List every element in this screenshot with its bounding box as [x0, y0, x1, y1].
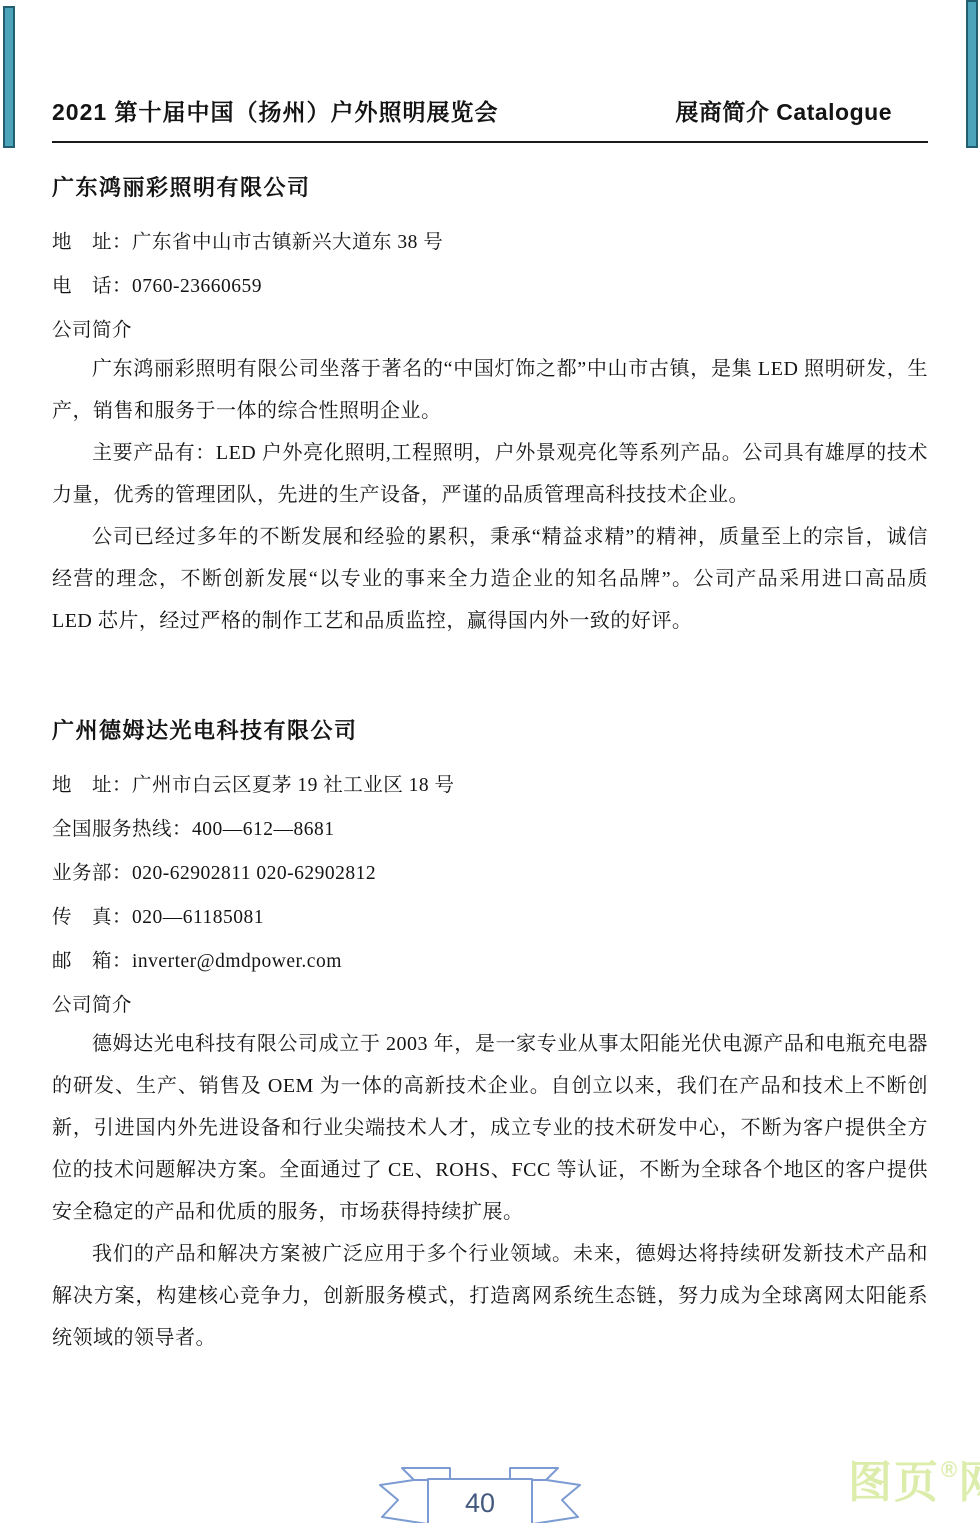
info-value: inverter@dmdpower.com	[132, 951, 342, 972]
company-intro: 广东鸿丽彩照明有限公司坐落于著名的“中国灯饰之都”中山市古镇，是集 LED 照明…	[52, 348, 928, 642]
company-name: 广东鸿丽彩照明有限公司	[52, 171, 928, 202]
info-label: 全国服务热线：	[52, 819, 192, 840]
intro-paragraph: 公司已经过多年的不断发展和经验的累积，秉承“精益求精”的精神，质量至上的宗旨，诚…	[52, 516, 928, 642]
page-content: 2021 第十届中国（扬州）户外照明展览会 展商简介 Catalogue 广东鸿…	[0, 0, 980, 1359]
info-value: 020-62902811 020-62902812	[132, 863, 376, 884]
info-label: 业务部：	[52, 863, 132, 884]
info-label: 邮 箱：	[52, 951, 132, 972]
company-name: 广州德姆达光电科技有限公司	[52, 714, 928, 745]
info-value: 广州市白云区夏茅 19 社工业区 18 号	[132, 775, 455, 796]
page-header: 2021 第十届中国（扬州）户外照明展览会 展商简介 Catalogue	[52, 94, 928, 127]
header-divider	[52, 141, 928, 143]
page-number-ribbon: 40	[372, 1465, 588, 1523]
info-label: 电 话：	[52, 276, 132, 297]
intro-paragraph: 德姆达光电科技有限公司成立于 2003 年，是一家专业从事太阳能光伏电源产品和电…	[52, 1023, 928, 1233]
company-section-2: 广州德姆达光电科技有限公司 地 址：广州市白云区夏茅 19 社工业区 18 号 …	[52, 714, 928, 1359]
info-line-address: 地 址：广州市白云区夏茅 19 社工业区 18 号	[52, 774, 928, 797]
info-value: 广东省中山市古镇新兴大道东 38 号	[132, 232, 443, 253]
intro-paragraph: 我们的产品和解决方案被广泛应用于多个行业领域。未来，德姆达将持续研发新技术产品和…	[52, 1233, 928, 1359]
left-edge-bar	[3, 6, 15, 148]
info-value: 400—612—8681	[192, 819, 335, 840]
ribbon-icon: 40	[372, 1465, 588, 1523]
intro-paragraph: 广东鸿丽彩照明有限公司坐落于著名的“中国灯饰之都”中山市古镇，是集 LED 照明…	[52, 348, 928, 432]
info-line-email: 邮 箱：inverter@dmdpower.com	[52, 950, 928, 973]
right-edge-bar	[966, 0, 978, 148]
info-label: 地 址：	[52, 232, 132, 253]
info-line-hotline: 全国服务热线：400—612—8681	[52, 818, 928, 841]
info-line-fax: 传 真：020—61185081	[52, 906, 928, 929]
catalogue-page: 2021 第十届中国（扬州）户外照明展览会 展商简介 Catalogue 广东鸿…	[0, 0, 980, 1523]
info-label: 地 址：	[52, 775, 132, 796]
intro-paragraph: 主要产品有：LED 户外亮化照明,工程照明，户外景观亮化等系列产品。公司具有雄厚…	[52, 432, 928, 516]
company-section-1: 广东鸿丽彩照明有限公司 地 址：广东省中山市古镇新兴大道东 38 号 电 话：0…	[52, 171, 928, 642]
info-line-address: 地 址：广东省中山市古镇新兴大道东 38 号	[52, 231, 928, 254]
header-title-right: 展商简介 Catalogue	[675, 94, 928, 127]
watermark-logo: 图页®网	[848, 1452, 980, 1514]
header-title-left: 2021 第十届中国（扬州）户外照明展览会	[52, 94, 499, 127]
info-line-business-dept: 业务部：020-62902811 020-62902812	[52, 862, 928, 885]
watermark-text-left: 图页	[848, 1458, 940, 1507]
registered-mark-icon: ®	[941, 1455, 957, 1486]
intro-heading: 公司简介	[52, 994, 928, 1017]
info-value: 0760-23660659	[132, 276, 262, 297]
info-label: 传 真：	[52, 907, 132, 928]
watermark-text-right: 网	[958, 1458, 980, 1507]
page-number: 40	[465, 1488, 495, 1518]
intro-heading: 公司简介	[52, 319, 928, 342]
company-intro: 德姆达光电科技有限公司成立于 2003 年，是一家专业从事太阳能光伏电源产品和电…	[52, 1023, 928, 1359]
info-value: 020—61185081	[132, 907, 264, 928]
info-line-phone: 电 话：0760-23660659	[52, 275, 928, 298]
